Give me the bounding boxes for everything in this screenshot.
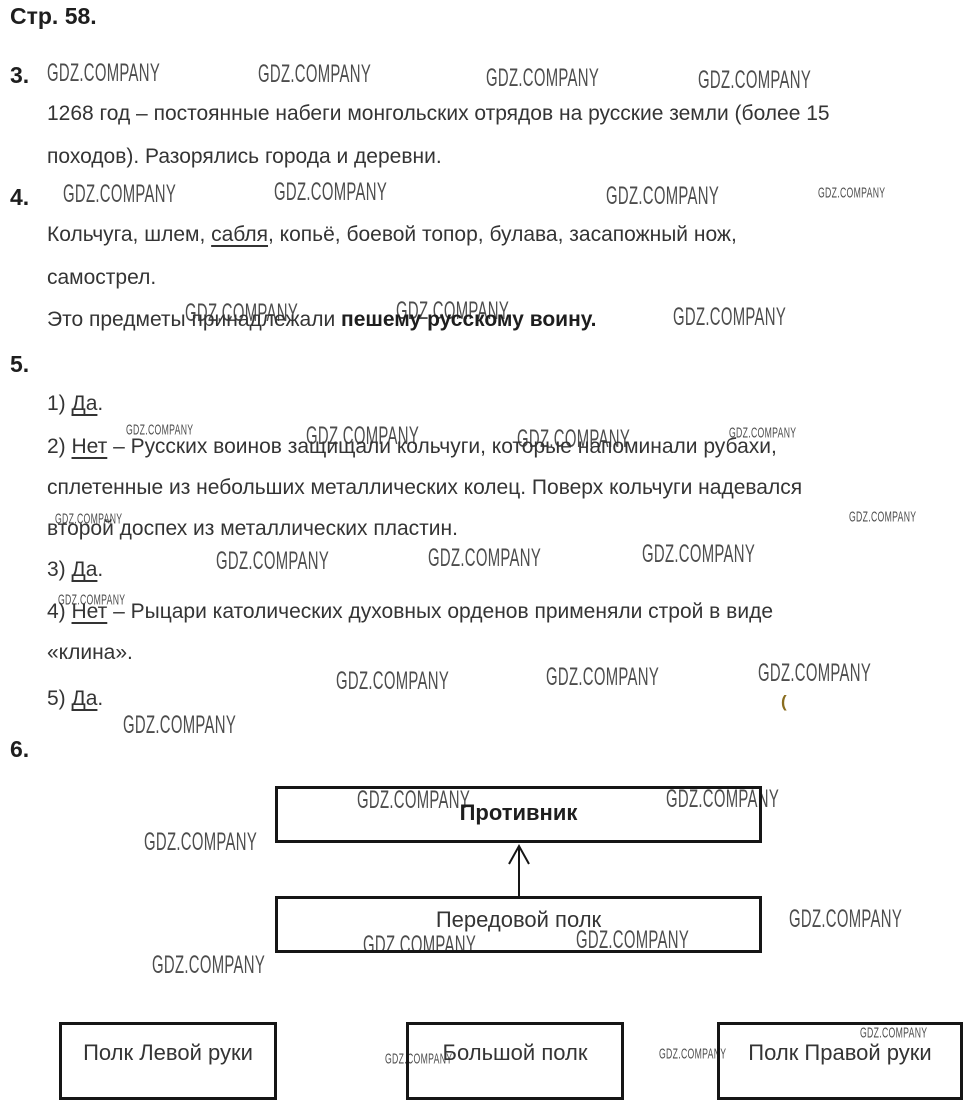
section-3-line-2: походов). Разорялись города и деревни. — [47, 144, 442, 170]
underlined-word-sablya: сабля — [211, 223, 268, 246]
document-content: Стр. 58. 3. 1268 год – постоянные набеги… — [0, 0, 970, 1112]
answer-1-word: Да — [72, 392, 98, 415]
answer-3-prefix: 3) — [47, 558, 72, 581]
section-4-line-1-pre: Кольчуга, шлем, — [47, 223, 211, 246]
answer-2-cont-2: второй доспех из металлических пластин. — [47, 516, 458, 542]
answer-1: 1) Да. — [47, 391, 103, 417]
answer-2-word: Нет — [72, 435, 108, 458]
answer-2-rest: – Русских воинов защищали кольчуги, кото… — [107, 435, 777, 458]
diagram-label-vanguard: Передовой полк — [436, 907, 601, 933]
stray-paren: ( — [781, 692, 787, 712]
answer-2-cont-1: сплетенные из небольших металлических ко… — [47, 475, 802, 501]
answer-4-rest: – Рыцари католических духовных орденов п… — [107, 600, 773, 623]
answer-3-rest: . — [97, 558, 103, 581]
diagram-box-vanguard: Передовой полк — [275, 896, 762, 953]
section-4-line-3-pre: Это предметы принадлежали — [47, 308, 341, 331]
answer-2-prefix: 2) — [47, 435, 72, 458]
section-5-number: 5. — [10, 350, 29, 378]
answer-4-cont: «клина». — [47, 640, 133, 666]
diagram-label-left-regiment: Полк Левой руки — [83, 1040, 253, 1066]
arrow-up-icon — [502, 842, 536, 900]
diagram-label-main-regiment: Большой полк — [443, 1040, 588, 1066]
diagram-box-left-regiment: Полк Левой руки — [59, 1022, 277, 1100]
page-title: Стр. 58. — [10, 2, 97, 30]
section-4-line-3: Это предметы принадлежали пешему русском… — [47, 307, 596, 333]
section-4-line-3-bold: пешему русскому воину. — [341, 308, 596, 331]
section-6-number: 6. — [10, 735, 29, 763]
section-4-line-2: самострел. — [47, 265, 156, 291]
answer-2: 2) Нет – Русских воинов защищали кольчуг… — [47, 434, 777, 460]
answer-5-prefix: 5) — [47, 687, 72, 710]
diagram-label-enemy: Противник — [460, 800, 578, 826]
answer-4: 4) Нет – Рыцари католических духовных ор… — [47, 599, 773, 625]
section-3-number: 3. — [10, 61, 29, 89]
diagram-label-right-regiment: Полк Правой руки — [748, 1040, 931, 1066]
answer-3: 3) Да. — [47, 557, 103, 583]
answer-4-word: Нет — [72, 600, 108, 623]
answer-1-prefix: 1) — [47, 392, 72, 415]
section-4-line-1-post: , копьё, боевой топор, булава, засапожны… — [268, 223, 737, 246]
section-3-line-1: 1268 год – постоянные набеги монгольских… — [47, 101, 830, 127]
diagram-box-right-regiment: Полк Правой руки — [717, 1022, 963, 1100]
section-4-number: 4. — [10, 183, 29, 211]
answer-5: 5) Да. — [47, 686, 103, 712]
answer-1-rest: . — [97, 392, 103, 415]
diagram-box-enemy: Противник — [275, 786, 762, 843]
diagram-box-main-regiment: Большой полк — [406, 1022, 624, 1100]
answer-5-rest: . — [97, 687, 103, 710]
answer-4-prefix: 4) — [47, 600, 72, 623]
answer-3-word: Да — [72, 558, 98, 581]
worksheet-page: GDZ.COMPANYGDZ.COMPANYGDZ.COMPANYGDZ.COM… — [0, 0, 970, 1112]
section-4-line-1: Кольчуга, шлем, сабля, копьё, боевой топ… — [47, 222, 737, 248]
answer-5-word: Да — [72, 687, 98, 710]
